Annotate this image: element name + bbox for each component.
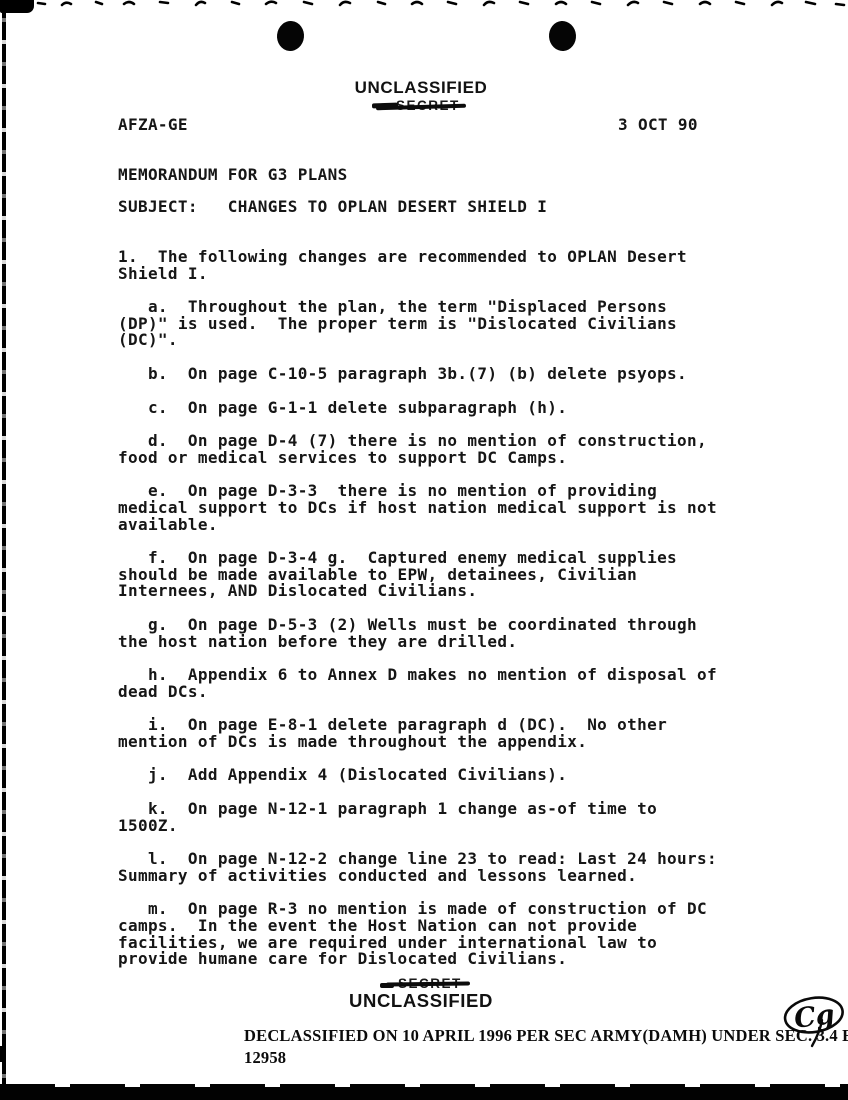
body-item-b: b. On page C-10-5 paragraph 3b.(7) (b) d… xyxy=(118,366,778,383)
memo-body: 1. The following changes are recommended… xyxy=(118,249,778,985)
body-item-i: i. On page E-8-1 delete paragraph d (DC)… xyxy=(118,717,778,750)
body-paragraph-1: 1. The following changes are recommended… xyxy=(118,249,778,282)
body-item-g: g. On page D-5-3 (2) Wells must be coord… xyxy=(118,617,778,650)
scan-noise-top-edge xyxy=(0,0,848,16)
scan-edge-mark xyxy=(0,1046,6,1062)
body-item-j: j. Add Appendix 4 (Dislocated Civilians)… xyxy=(118,767,778,784)
classification-banner-top: UNCLASSIFIED xyxy=(0,78,842,98)
body-item-m: m. On page R-3 no mention is made of con… xyxy=(118,901,778,967)
body-item-h: h. Appendix 6 to Annex D makes no mentio… xyxy=(118,667,778,700)
hole-punch-mark-right xyxy=(548,20,577,52)
body-item-d: d. On page D-4 (7) there is no mention o… xyxy=(118,433,778,466)
date-stamp: 3 OCT 90 xyxy=(618,117,698,134)
scan-edge-bar-bottom xyxy=(0,1087,848,1100)
office-symbol: AFZA-GE xyxy=(118,117,188,134)
memorandum-for-line: MEMORANDUM FOR G3 PLANS xyxy=(118,167,348,184)
body-item-e: e. On page D-3-3 there is no mention of … xyxy=(118,483,778,533)
subject-line: SUBJECT: CHANGES TO OPLAN DESERT SHIELD … xyxy=(118,199,547,216)
body-item-a: a. Throughout the plan, the term "Displa… xyxy=(118,299,778,349)
body-item-c: c. On page G-1-1 delete subparagraph (h)… xyxy=(118,400,778,417)
scan-edge-line-left xyxy=(2,0,6,1086)
declassification-stamp-line1: DECLASSIFIED ON 10 APRIL 1996 PER SEC AR… xyxy=(244,1025,848,1047)
handwritten-initials-text: Cg xyxy=(792,999,836,1035)
hole-punch-mark-left xyxy=(276,20,306,53)
strikethrough-mark-bottom-lead xyxy=(380,983,394,988)
body-item-k: k. On page N-12-1 paragraph 1 change as-… xyxy=(118,801,778,834)
scanned-memo-page: UNCLASSIFIED SECRET AFZA-GE 3 OCT 90 MEM… xyxy=(0,0,848,1100)
classification-banner-bottom: UNCLASSIFIED xyxy=(0,990,842,1012)
body-item-l: l. On page N-12-2 change line 23 to read… xyxy=(118,851,778,884)
declassification-stamp-line2: 12958 xyxy=(244,1047,286,1069)
handwritten-initials-annotation: Cg xyxy=(768,986,848,1058)
body-item-f: f. On page D-3-4 g. Captured enemy medic… xyxy=(118,550,778,600)
strikethrough-mark-top-lead xyxy=(372,103,398,109)
